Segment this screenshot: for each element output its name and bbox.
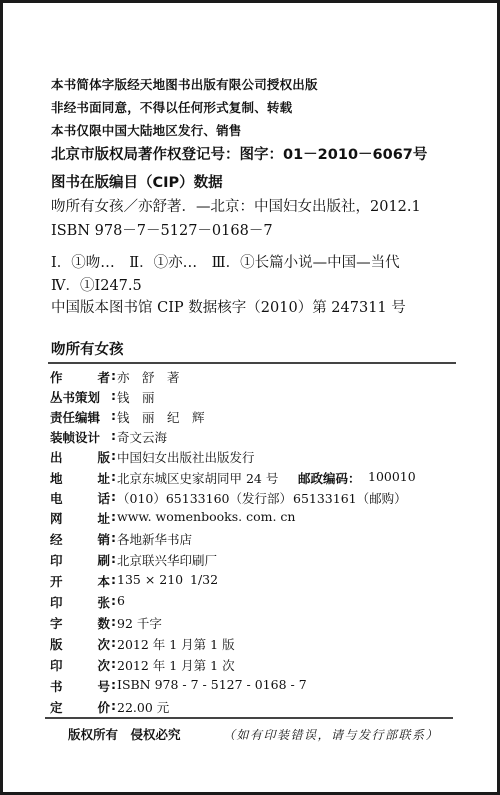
cip-entry: 吻所有女孩／亦舒著．—北京：中国妇女出版社，2012.1 — [51, 195, 421, 216]
meta-colon: : — [111, 593, 116, 608]
title-divider — [48, 362, 456, 364]
meta-value: 2012 年 1 月第 1 版 — [117, 635, 235, 653]
meta-value: （010）65133160（发行部） — [117, 489, 292, 507]
meta-value: 92 千字 — [117, 614, 162, 632]
meta-label: 开本 — [50, 572, 110, 590]
meta-label: 定价 — [50, 698, 110, 716]
meta-colon: : — [111, 635, 116, 650]
copyright-registration: 北京市版权局著作权登记号：图字：01－2010－6067号 — [51, 143, 427, 164]
meta-label: 网址 — [50, 509, 110, 527]
cip-verification: 中国版本图书馆 CIP 数据核字（2010）第 247311 号 — [51, 296, 406, 317]
meta-value: 中国妇女出版社出版发行 — [117, 448, 255, 466]
meta-colon: : — [111, 368, 116, 383]
meta-label: 出版 — [50, 448, 110, 466]
meta-value: 钱 丽 纪 辉 — [117, 408, 205, 426]
meta-colon: : — [111, 388, 116, 403]
postal-code-value: 100010 — [368, 469, 416, 484]
meta-colon: : — [111, 551, 116, 566]
rights-notice-line-2: 非经书面同意，不得以任何形式复制、转载 — [51, 98, 292, 116]
meta-colon: : — [111, 509, 116, 524]
meta-label: 丛书策划 — [50, 388, 100, 406]
meta-label: 作者 — [50, 368, 110, 386]
meta-value: 6 — [117, 593, 125, 608]
format-fold: 1/32 — [190, 572, 218, 587]
rights-notice-line-3: 本书仅限中国大陆地区发行、销售 — [51, 121, 242, 139]
meta-colon: : — [111, 469, 116, 484]
meta-value: ISBN 978 - 7 - 5127 - 0168 - 7 — [117, 677, 307, 692]
meta-label: 地址 — [50, 469, 110, 487]
meta-value: 奇文云海 — [117, 428, 167, 446]
footer-rights: 版权所有 侵权必究 — [68, 725, 181, 743]
phone-mail-order: 65133161（邮购） — [293, 489, 407, 507]
meta-value: 2012 年 1 月第 1 次 — [117, 656, 235, 674]
meta-label: 字数 — [50, 614, 110, 632]
meta-colon: : — [111, 614, 116, 629]
meta-value: 135 × 210 — [117, 572, 183, 587]
meta-value: 北京联兴华印刷厂 — [117, 551, 217, 569]
book-title: 吻所有女孩 — [51, 338, 124, 359]
meta-value: 各地新华书店 — [117, 530, 192, 548]
meta-label: 装帧设计 — [50, 428, 100, 446]
meta-value: 亦 舒 著 — [117, 368, 180, 386]
meta-colon: : — [111, 489, 116, 504]
meta-colon: : — [111, 408, 116, 423]
copyright-page: 本书简体字版经天地图书出版有限公司授权出版 非经书面同意，不得以任何形式复制、转… — [0, 0, 500, 795]
footer-note: （如有印装错误，请与发行部联系） — [223, 726, 439, 743]
meta-colon: : — [111, 572, 116, 587]
postal-code-label: 邮政编码： — [298, 469, 361, 487]
meta-label: 印次 — [50, 656, 110, 674]
meta-value: 22.00 元 — [117, 698, 169, 716]
meta-label: 责任编辑 — [50, 408, 100, 426]
meta-colon: : — [111, 698, 116, 713]
meta-label: 电话 — [50, 489, 110, 507]
cip-subjects-line-2: Ⅳ．①I247.5 — [51, 274, 142, 295]
rights-notice-line-1: 本书简体字版经天地图书出版有限公司授权出版 — [51, 75, 318, 93]
meta-value: www. womenbooks. com. cn — [117, 509, 295, 524]
meta-label: 经销 — [50, 530, 110, 548]
meta-colon: : — [111, 530, 116, 545]
meta-value: 北京东城区史家胡同甲 24 号 — [117, 469, 278, 487]
meta-label: 版次 — [50, 635, 110, 653]
meta-colon: : — [111, 677, 116, 692]
meta-label: 印刷 — [50, 551, 110, 569]
cip-subjects-line-1: Ⅰ．①吻… Ⅱ．①亦… Ⅲ．①长篇小说—中国—当代 — [51, 251, 400, 272]
meta-colon: : — [111, 428, 116, 443]
cip-isbn: ISBN 978－7－5127－0168－7 — [51, 219, 273, 240]
meta-value: 钱 丽 — [117, 388, 155, 406]
footer-divider — [45, 717, 453, 719]
meta-label: 印张 — [50, 593, 110, 611]
meta-colon: : — [111, 448, 116, 463]
cip-heading: 图书在版编目（CIP）数据 — [51, 171, 223, 192]
meta-label: 书号 — [50, 677, 110, 695]
meta-colon: : — [111, 656, 116, 671]
